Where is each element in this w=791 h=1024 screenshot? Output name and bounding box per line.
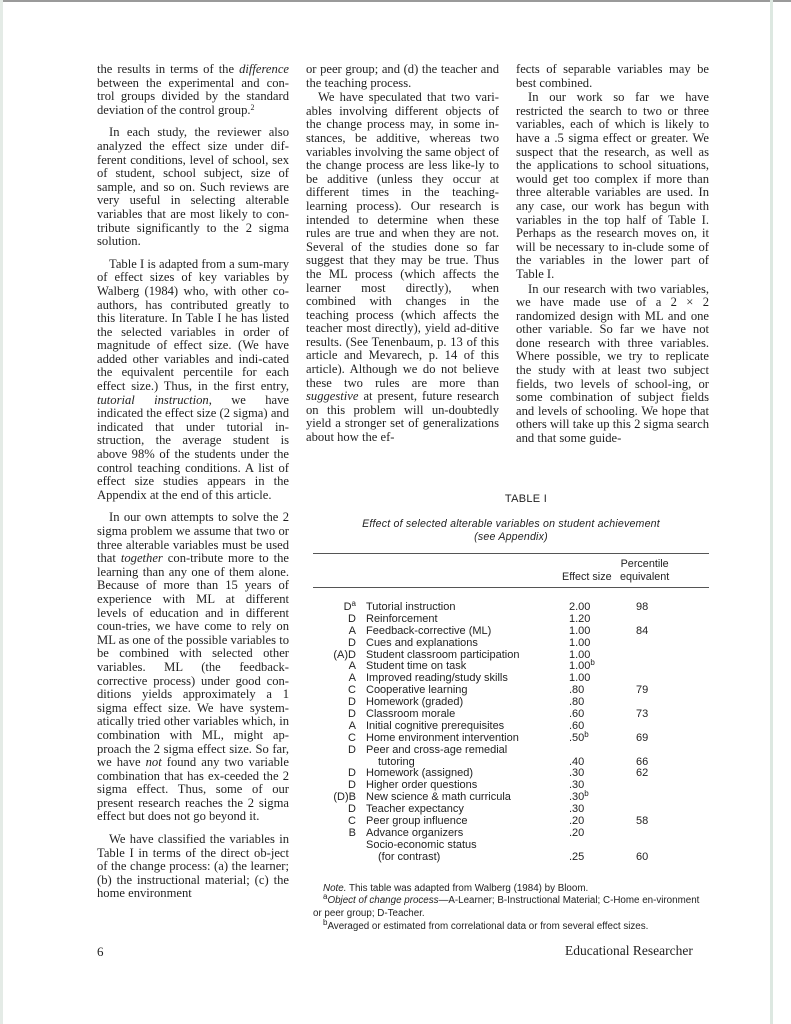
table-row: CHome environment intervention.50b69: [313, 733, 709, 745]
page-number: 6: [97, 944, 104, 960]
cell-object-code: A: [349, 626, 356, 638]
cell-percentile: 62: [636, 768, 648, 780]
cell-percentile: 98: [636, 602, 648, 614]
cell-object-code: D: [348, 614, 356, 626]
table-row: DPeer and cross-age remedialtutoring.406…: [313, 745, 709, 769]
text-column-1: the results in terms of the difference b…: [97, 63, 289, 901]
cell-object-code: D: [348, 745, 356, 757]
cell-percentile: 84: [636, 626, 648, 638]
paragraph: Table I is adapted from a sum-mary of ef…: [97, 258, 289, 503]
cell-object-code: D: [348, 638, 356, 650]
paragraph: or peer group; and (d) the teacher and t…: [306, 63, 499, 90]
paragraph: We have classified the variables in Tabl…: [97, 833, 289, 901]
cell-percentile: 60: [636, 852, 648, 864]
paragraph: the results in terms of the difference b…: [97, 63, 289, 117]
table-title: TABLE I: [343, 493, 709, 505]
table-subtitle: Effect of selected alterable variables o…: [313, 518, 709, 544]
paragraph: We have speculated that two vari-ables i…: [306, 91, 499, 444]
cell-object-code: C: [348, 733, 356, 745]
table-row: Socio-economic status(for contrast).2560: [313, 840, 709, 864]
cell-effect-size: .50b: [569, 733, 589, 745]
cell-variable: Reinforcement: [366, 614, 438, 626]
cell-object-code: B: [349, 828, 356, 840]
table-1: TABLE I Effect of selected alterable var…: [313, 493, 709, 934]
table-row: AFeedback-corrective (ML)1.0084: [313, 626, 709, 638]
table-notes: Note. This table was adapted from Walber…: [313, 883, 709, 934]
cell-percentile: 79: [636, 685, 648, 697]
paragraph: In each study, the reviewer also analyze…: [97, 126, 289, 248]
scan-left-edge: [0, 0, 3, 1024]
cell-effect-size: 1.00: [569, 626, 590, 638]
table-body: DaTutorial instruction2.0098DReinforceme…: [313, 602, 709, 864]
footnote-text: Averaged or estimated from correlational…: [327, 921, 648, 932]
cell-variable: Feedback-corrective (ML): [366, 626, 491, 638]
table-row: DCues and explanations1.00: [313, 638, 709, 650]
paragraph: In our research with two variables, we h…: [516, 283, 709, 446]
header-effect-size: Effect size: [562, 571, 612, 583]
cell-effect-size: .20: [569, 828, 584, 840]
journal-name: Educational Researcher: [565, 943, 693, 959]
table-note: Note. This table was adapted from Walber…: [313, 883, 709, 896]
scan-top-edge: [0, 0, 791, 2]
note-text: This table was adapted from Walberg (198…: [346, 883, 588, 894]
cell-percentile: 69: [636, 733, 648, 745]
header-percentile-line: equivalent: [620, 571, 669, 583]
cell-variable: Socio-economic status(for contrast): [366, 840, 477, 864]
paragraph: fects of separable variables may be best…: [516, 63, 709, 90]
table-subtitle-line: (see Appendix): [313, 531, 709, 544]
cell-effect-size: 1.20: [569, 614, 590, 626]
cell-variable: Cues and explanations: [366, 638, 478, 650]
paragraph: In our work so far we have restricted th…: [516, 91, 709, 281]
table-header-rule: [313, 587, 709, 588]
text-column-3: fects of separable variables may be best…: [516, 63, 709, 446]
table-header: Effect size Percentile equivalent: [313, 554, 709, 587]
table-footnote-b: bAveraged or estimated from correlationa…: [313, 921, 709, 934]
cell-variable: Peer and cross-age remedialtutoring: [366, 745, 507, 769]
table-row: DReinforcement1.20: [313, 614, 709, 626]
table-footnote-a: aObject of change process—A-Learner; B-I…: [313, 895, 709, 920]
cell-percentile: 73: [636, 709, 648, 721]
cell-effect-size: .25: [569, 852, 584, 864]
header-percentile-line: Percentile: [621, 558, 669, 570]
table-row: AInitial cognitive prerequisites.60: [313, 721, 709, 733]
cell-effect-size: 1.00: [569, 638, 590, 650]
cell-percentile: 58: [636, 816, 648, 828]
header-percentile: Percentile equivalent: [620, 558, 669, 584]
text-column-2: or peer group; and (d) the teacher and t…: [306, 63, 499, 445]
scan-right-edge: [770, 0, 773, 1024]
paragraph: In our own attempts to solve the 2 sigma…: [97, 511, 289, 824]
table-subtitle-line: Effect of selected alterable variables o…: [313, 518, 709, 531]
footnote-label: Object of change process: [327, 895, 438, 906]
cell-variable: Home environment intervention: [366, 733, 519, 745]
